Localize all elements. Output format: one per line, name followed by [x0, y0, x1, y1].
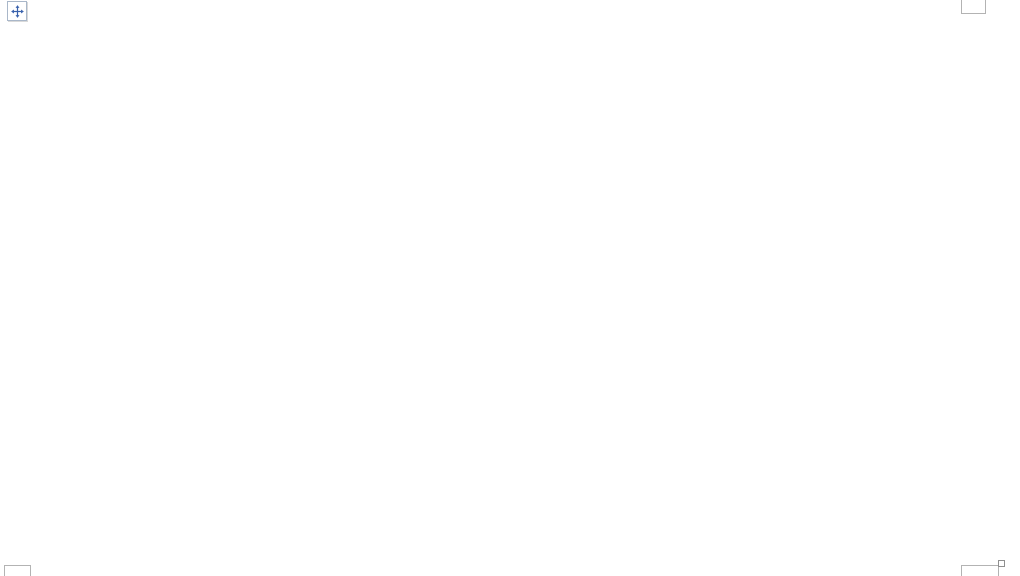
- cropped-box-bottom-right: [961, 565, 999, 576]
- table-resize-handle[interactable]: [998, 560, 1005, 567]
- move-icon: [11, 5, 24, 18]
- cropped-box-top-right: [961, 0, 986, 14]
- cropped-box-bottom-left: [4, 565, 31, 576]
- table-move-handle[interactable]: [7, 1, 27, 21]
